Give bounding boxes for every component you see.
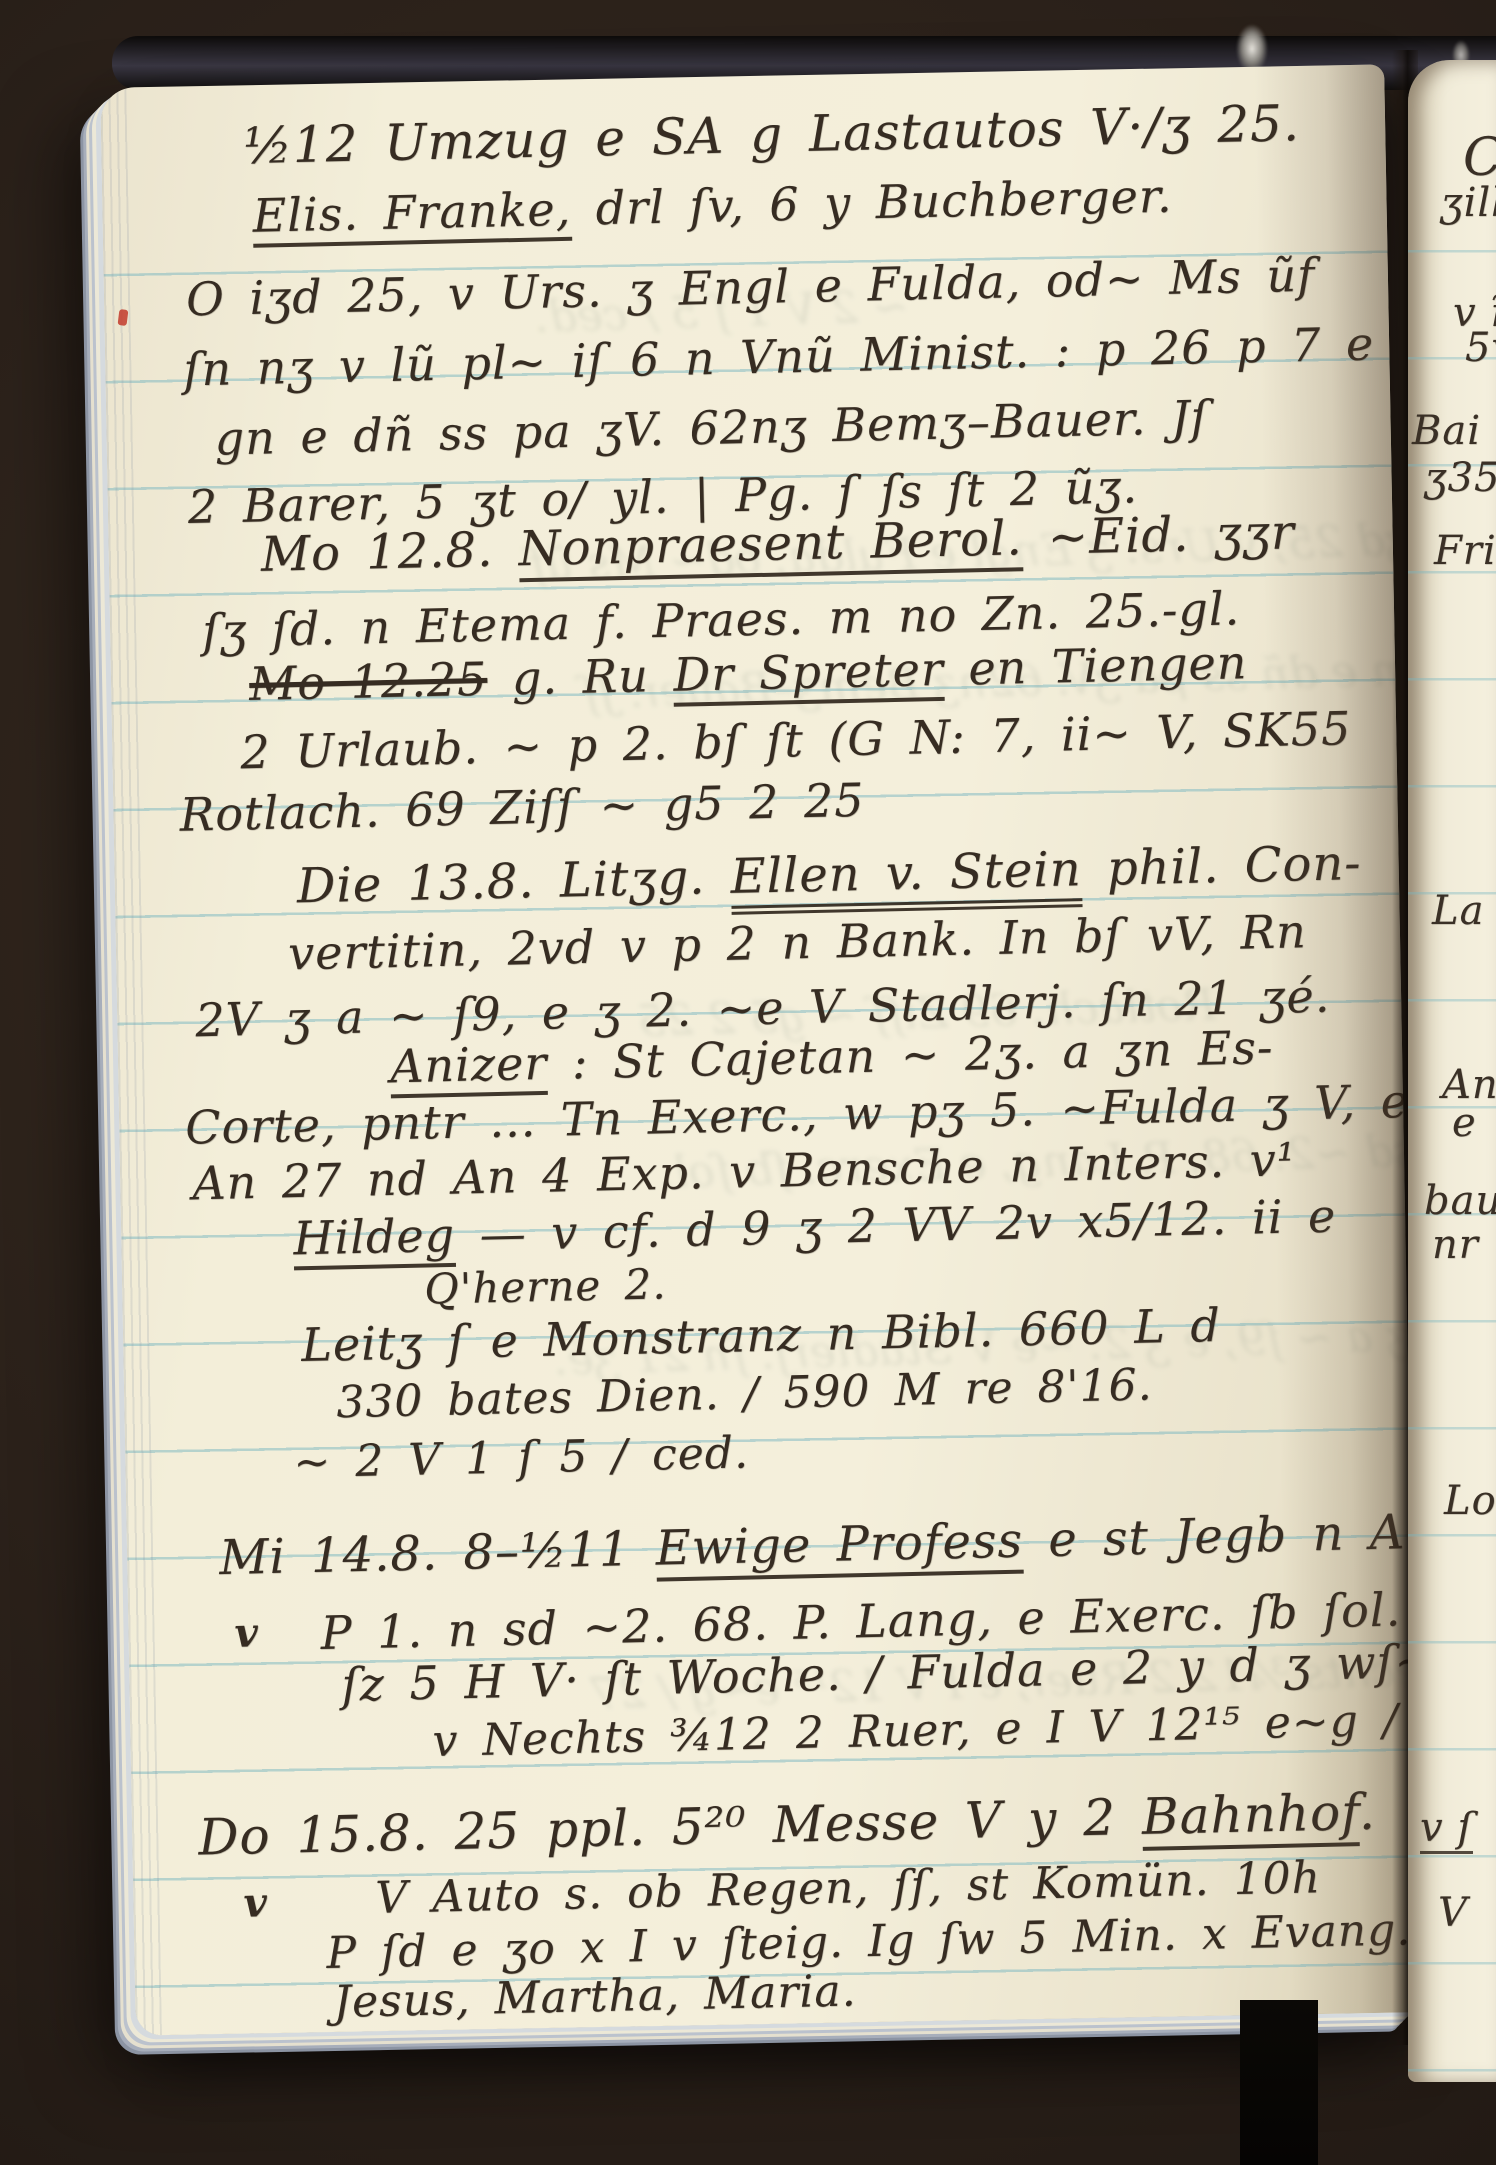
handwritten-line: Mi 14.8. 8–½11 Ewige Profess e st Jegb n… [219,1504,1420,1587]
text-segment: Bahnhof [1141,1783,1359,1851]
text-segment: v ſ [1420,1805,1473,1854]
checkmark: v [243,1879,268,1927]
handwritten-fragment: nr [1432,1222,1479,1268]
text-segment: ʒilb [1440,180,1496,226]
handwritten-line: 330 bates Dien. / 590 M re 8'16. [336,1359,1153,1428]
text-segment: 330 bates Dien. / 590 M re 8'16. [336,1359,1153,1428]
text-segment: Do 15.8. 25 ppl. 5²⁰ Messe V y 2 [198,1788,1143,1867]
handwritten-fragment: bau [1424,1178,1496,1224]
handwritten-fragment: Fri [1434,528,1496,574]
text-segment: ʒ35 [1424,455,1496,501]
text-segment: Hildeg [293,1208,456,1271]
text-segment: Dr Spreter [673,642,945,707]
text-segment: Ewige Profess [655,1513,1024,1582]
text-segment: v [234,1609,259,1657]
text-segment: gn e dñ ss pa ʒV. 62nʒ Bemʒ–Bauer. Jſ [214,390,1209,466]
text-segment: Rotlach. 69 Ziſſ ~ g5 2 25 [179,773,865,842]
text-segment: Elis. Franke, [252,182,572,248]
text-segment: nr [1432,1222,1479,1268]
text-segment: ~ 2 V 1 ſ 5 / ced. [293,1427,749,1488]
text-segment: Anizer [390,1036,548,1098]
handwritten-fragment: C [1463,128,1496,188]
text-segment: ſn nʒ v lũ pl~ iſ 6 n Vnũ Minist. : p 26… [183,317,1375,397]
handwritten-line: Jesus, Martha, Maria. [333,1965,857,2027]
handwritten-fragment: V [1438,1890,1468,1936]
text-segment: 5v. [1465,325,1496,371]
text-segment: O iʒd 25, v Urs. ʒ Engl e Fulda, od~ Ms … [186,248,1316,327]
text-segment: La v [1432,888,1496,934]
handwriting-layer: ½12 Umzug e SA g Lastautos V·/ʒ 25.Elis.… [100,64,1419,2035]
handwritten-line: Rotlach. 69 Ziſſ ~ g5 2 25 [179,773,865,842]
text-segment: Mo 12.8. [260,521,519,583]
text-segment: bau [1424,1178,1496,1224]
text-segment: Fri [1434,528,1496,574]
text-segment: phil. Con- [1081,835,1362,897]
handwritten-fragment: Lo [1444,1478,1496,1524]
text-segment: . [1358,1783,1376,1841]
handwritten-line: ſn nʒ v lũ pl~ iſ 6 n Vnũ Minist. : p 26… [183,317,1375,397]
book-bottom-shadow [1240,2000,1318,2165]
handwritten-line: Elis. Franke, drl ſv, 6 y Buchberger. [252,169,1173,243]
handwritten-line: O iʒd 25, v Urs. ʒ Engl e Fulda, od~ Ms … [186,248,1316,327]
handwritten-fragment: Bai [1412,408,1481,454]
text-segment: e st Jegb n An [1022,1504,1419,1569]
notebook-photo: { "document": { "type": "handwritten-dia… [0,0,1496,2165]
text-segment: g. Ru [487,648,674,706]
text-segment: v [243,1879,268,1927]
text-segment: V [1438,1890,1468,1936]
handwritten-line: 2 Urlaub. ~ p 2. bſ ſt (G N: 7, ii~ V, S… [240,701,1352,779]
text-segment: Bai [1412,408,1481,454]
text-segment: 2 Urlaub. ~ p 2. bſ ſt (G N: 7, ii~ V, S… [240,701,1352,779]
text-segment: Nonpraesent Berol. [518,510,1023,582]
handwritten-line: gn e dñ ss pa ʒV. 62nʒ Bemʒ–Bauer. Jſ [214,390,1209,466]
text-segment: ½12 Umzug e SA g Lastautos V·/ʒ 25. [243,94,1301,175]
text-segment: Mo 12.25 [249,652,488,711]
handwritten-fragment: ʒilb [1440,180,1496,226]
text-segment: C [1463,128,1496,188]
text-segment: en Tiengen [943,635,1248,696]
ruled-lines-right [1408,250,1496,2076]
text-segment: ~Eid. ʒʒr [1022,504,1295,566]
handwritten-line: ½12 Umzug e SA g Lastautos V·/ʒ 25. [243,94,1301,175]
handwritten-line: ~ 2 V 1 ſ 5 / ced. [293,1427,749,1488]
handwritten-fragment: ʒ35 [1424,455,1496,501]
checkmark: v [234,1609,259,1657]
text-segment: vertitin, 2vd v p 2 n Bank. In bſ vV, Rn [288,904,1308,980]
text-segment: e [1452,1100,1477,1146]
handwritten-fragment: v ſ [1420,1805,1473,1851]
handwritten-line: Die 13.8. Litʒg. Ellen v. Stein phil. Co… [296,835,1362,914]
text-segment: Lo [1444,1478,1496,1524]
handwritten-fragment: La v [1432,888,1496,934]
notebook-right-page-sliver: Cʒilbv ĩ~5v.Baiʒ35FriLa vAnebaunrLov ſV [1408,60,1496,2082]
handwritten-fragment: e [1452,1100,1477,1146]
handwritten-line: vertitin, 2vd v p 2 n Bank. In bſ vV, Rn [288,904,1308,980]
handwritten-fragment: 5v. [1465,325,1496,371]
text-segment: drl ſv, 6 y Buchberger. [570,169,1172,236]
notebook-left-page: O iʒd 25, v Urs. ʒ Engl e Fulda, od~ Ms … [100,64,1419,2035]
text-segment: Q'herne 2. [424,1259,667,1313]
text-segment: Mi 14.8. 8–½11 [219,1521,657,1587]
text-segment: Jesus, Martha, Maria. [333,1965,857,2027]
handwritten-line: Q'herne 2. [424,1259,667,1313]
text-segment: Die 13.8. Litʒg. [296,849,731,914]
text-segment: Ellen v. Stein [730,841,1082,915]
